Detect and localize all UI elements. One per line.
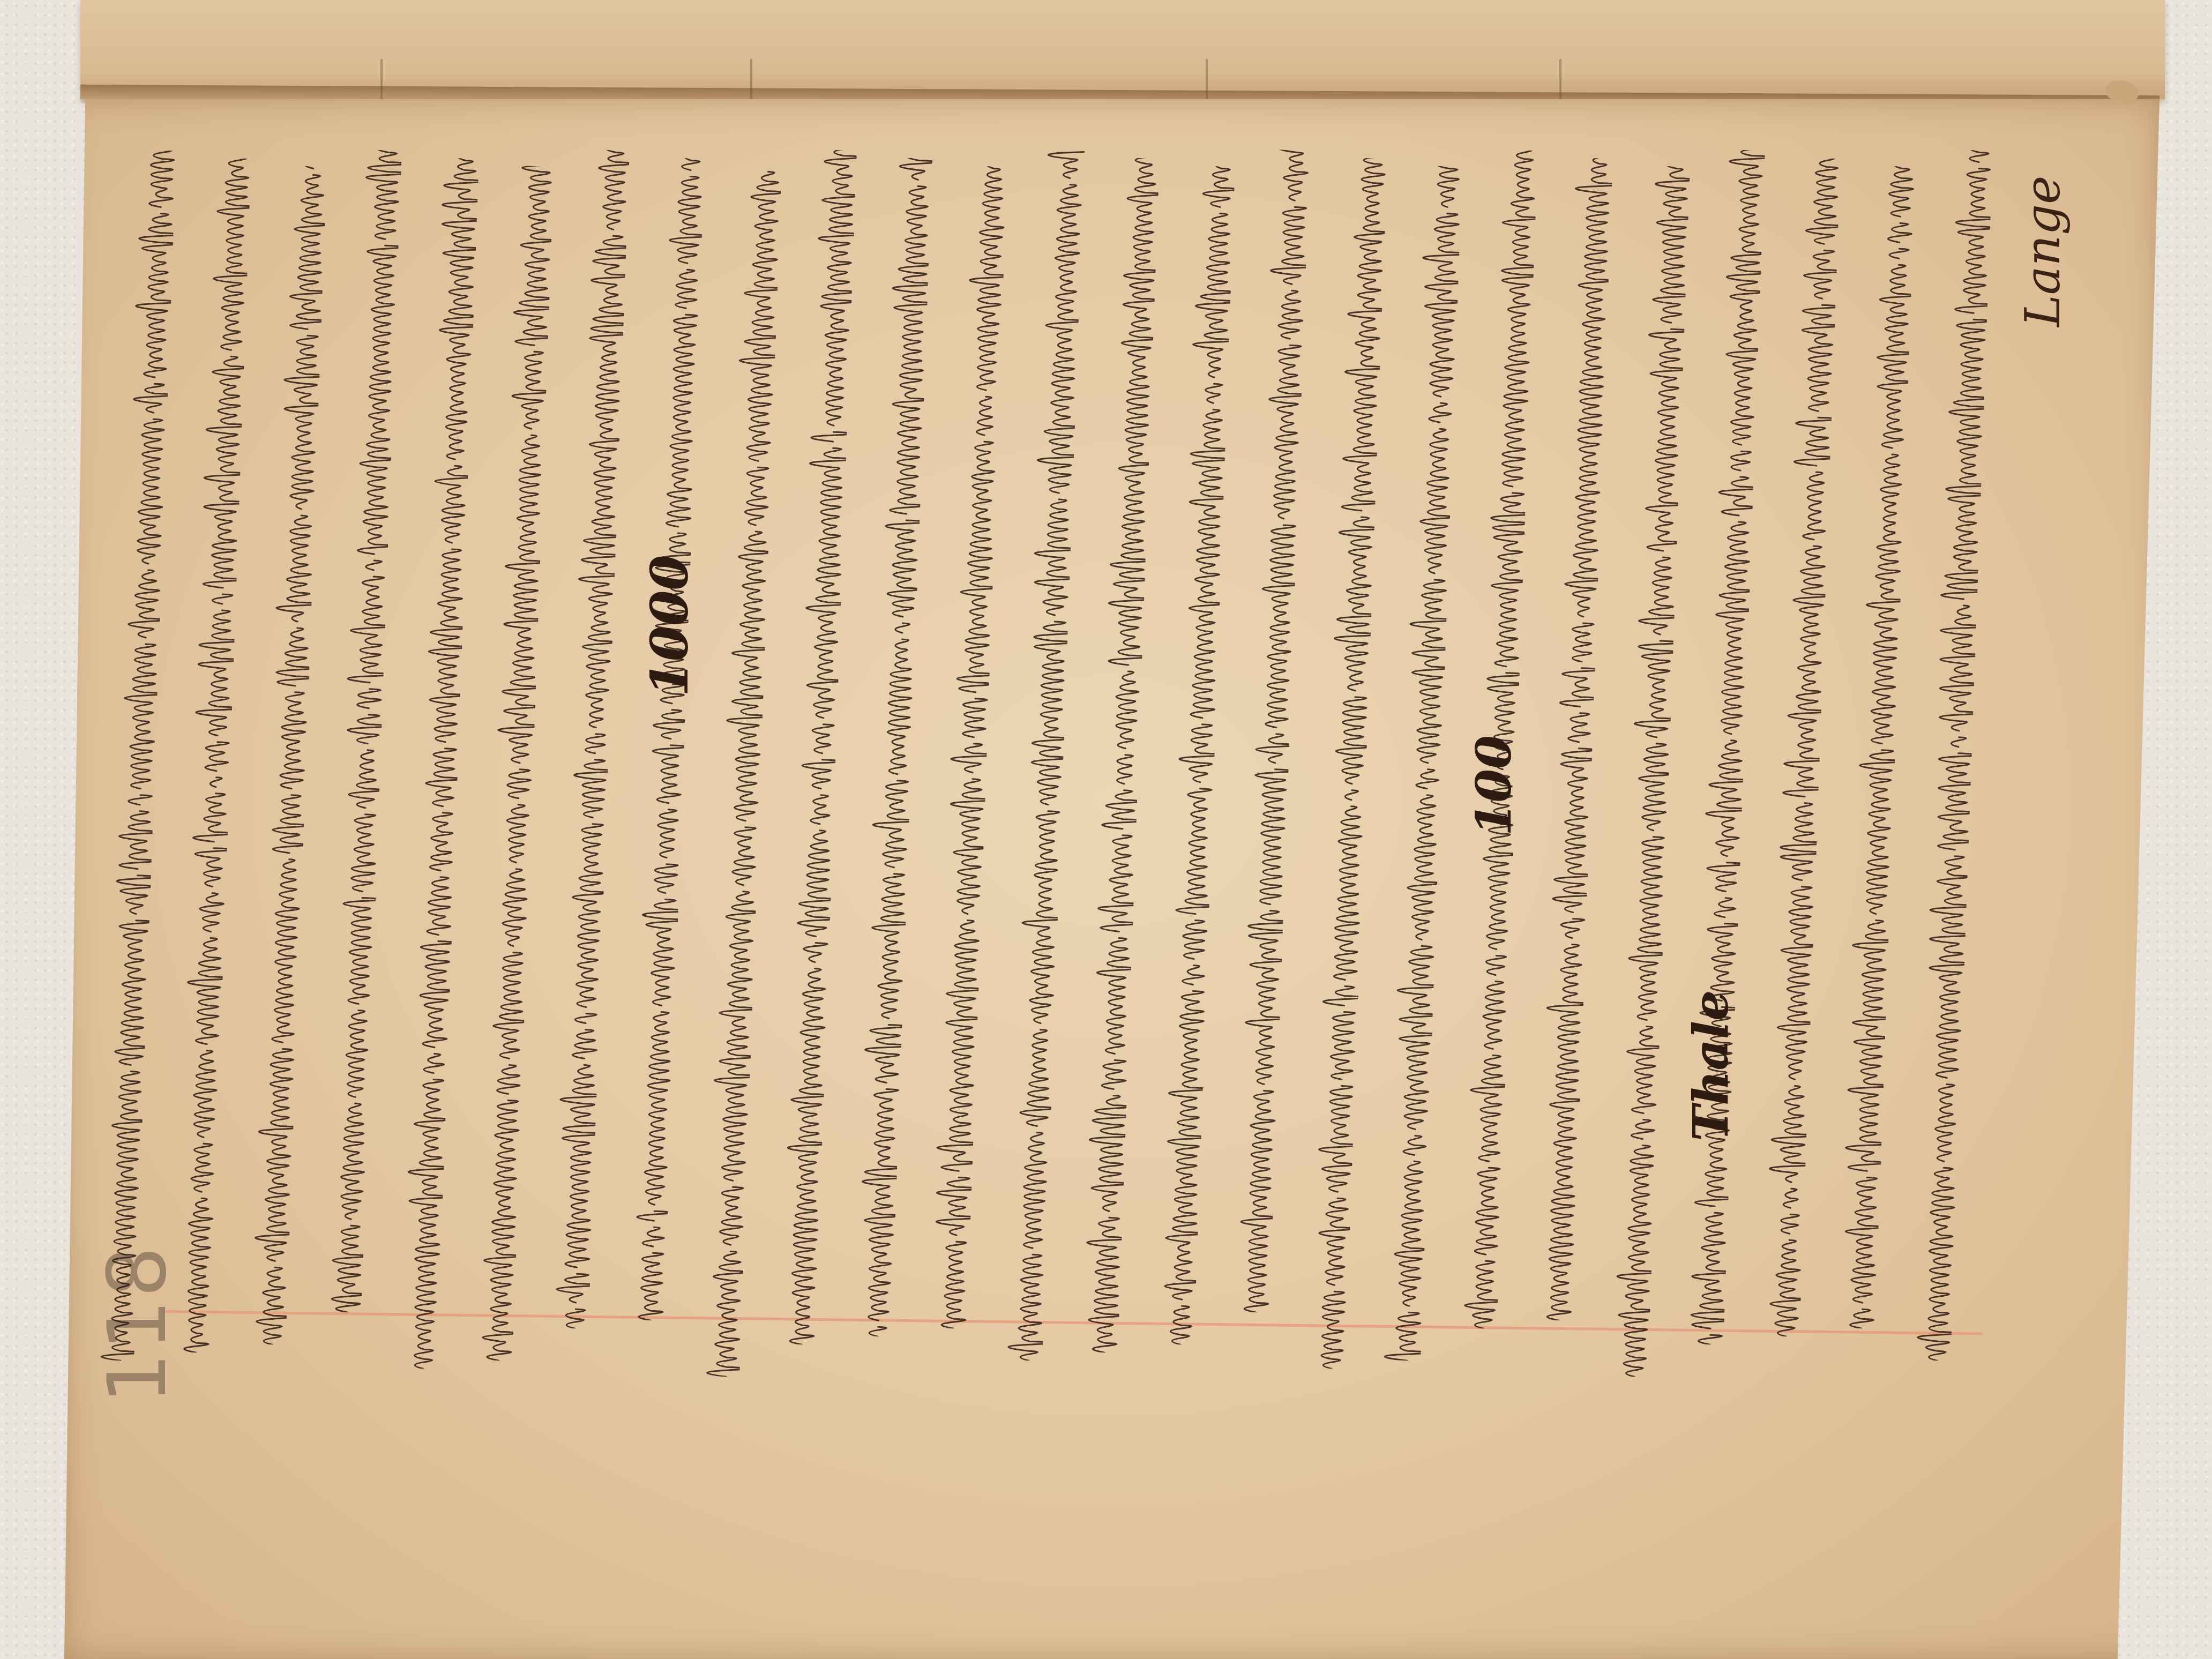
- handwriting-line: [778, 150, 857, 1345]
- handwriting-line: [702, 166, 782, 1377]
- handwriting-line: [551, 150, 630, 1329]
- handwriting-line: [1762, 158, 1841, 1337]
- handwriting-line: [475, 166, 554, 1361]
- handwriting-line: [1837, 166, 1916, 1329]
- handwriting-line: [96, 150, 176, 1361]
- handwriting-line: [854, 158, 932, 1337]
- numeral-1000: 1000: [640, 555, 700, 697]
- catchword: Lange: [2015, 176, 2071, 327]
- handwriting-line: [1686, 150, 1765, 1345]
- handwriting-line: [248, 166, 327, 1345]
- numeral-100: 100: [1466, 735, 1522, 836]
- handwriting-line: [929, 166, 1007, 1329]
- handwriting-line: [1535, 158, 1613, 1321]
- handwriting-line: [1232, 150, 1310, 1313]
- handwriting-line: [1005, 150, 1085, 1361]
- word-thale: Thale: [1683, 990, 1739, 1141]
- handwriting-line: [324, 150, 402, 1313]
- handwriting-line: [1610, 166, 1690, 1377]
- handwriting-line: [1383, 166, 1462, 1361]
- handwriting-line: [1156, 166, 1235, 1345]
- handwriting-line: [1307, 158, 1387, 1369]
- handwriting-line: [1913, 150, 1993, 1361]
- handwriting-line: [1080, 158, 1160, 1353]
- handwriting-line: [172, 158, 251, 1353]
- handwriting-line: [626, 158, 705, 1321]
- handwriting-lines: [0, 0, 2212, 1659]
- handwriting-line: [399, 158, 479, 1369]
